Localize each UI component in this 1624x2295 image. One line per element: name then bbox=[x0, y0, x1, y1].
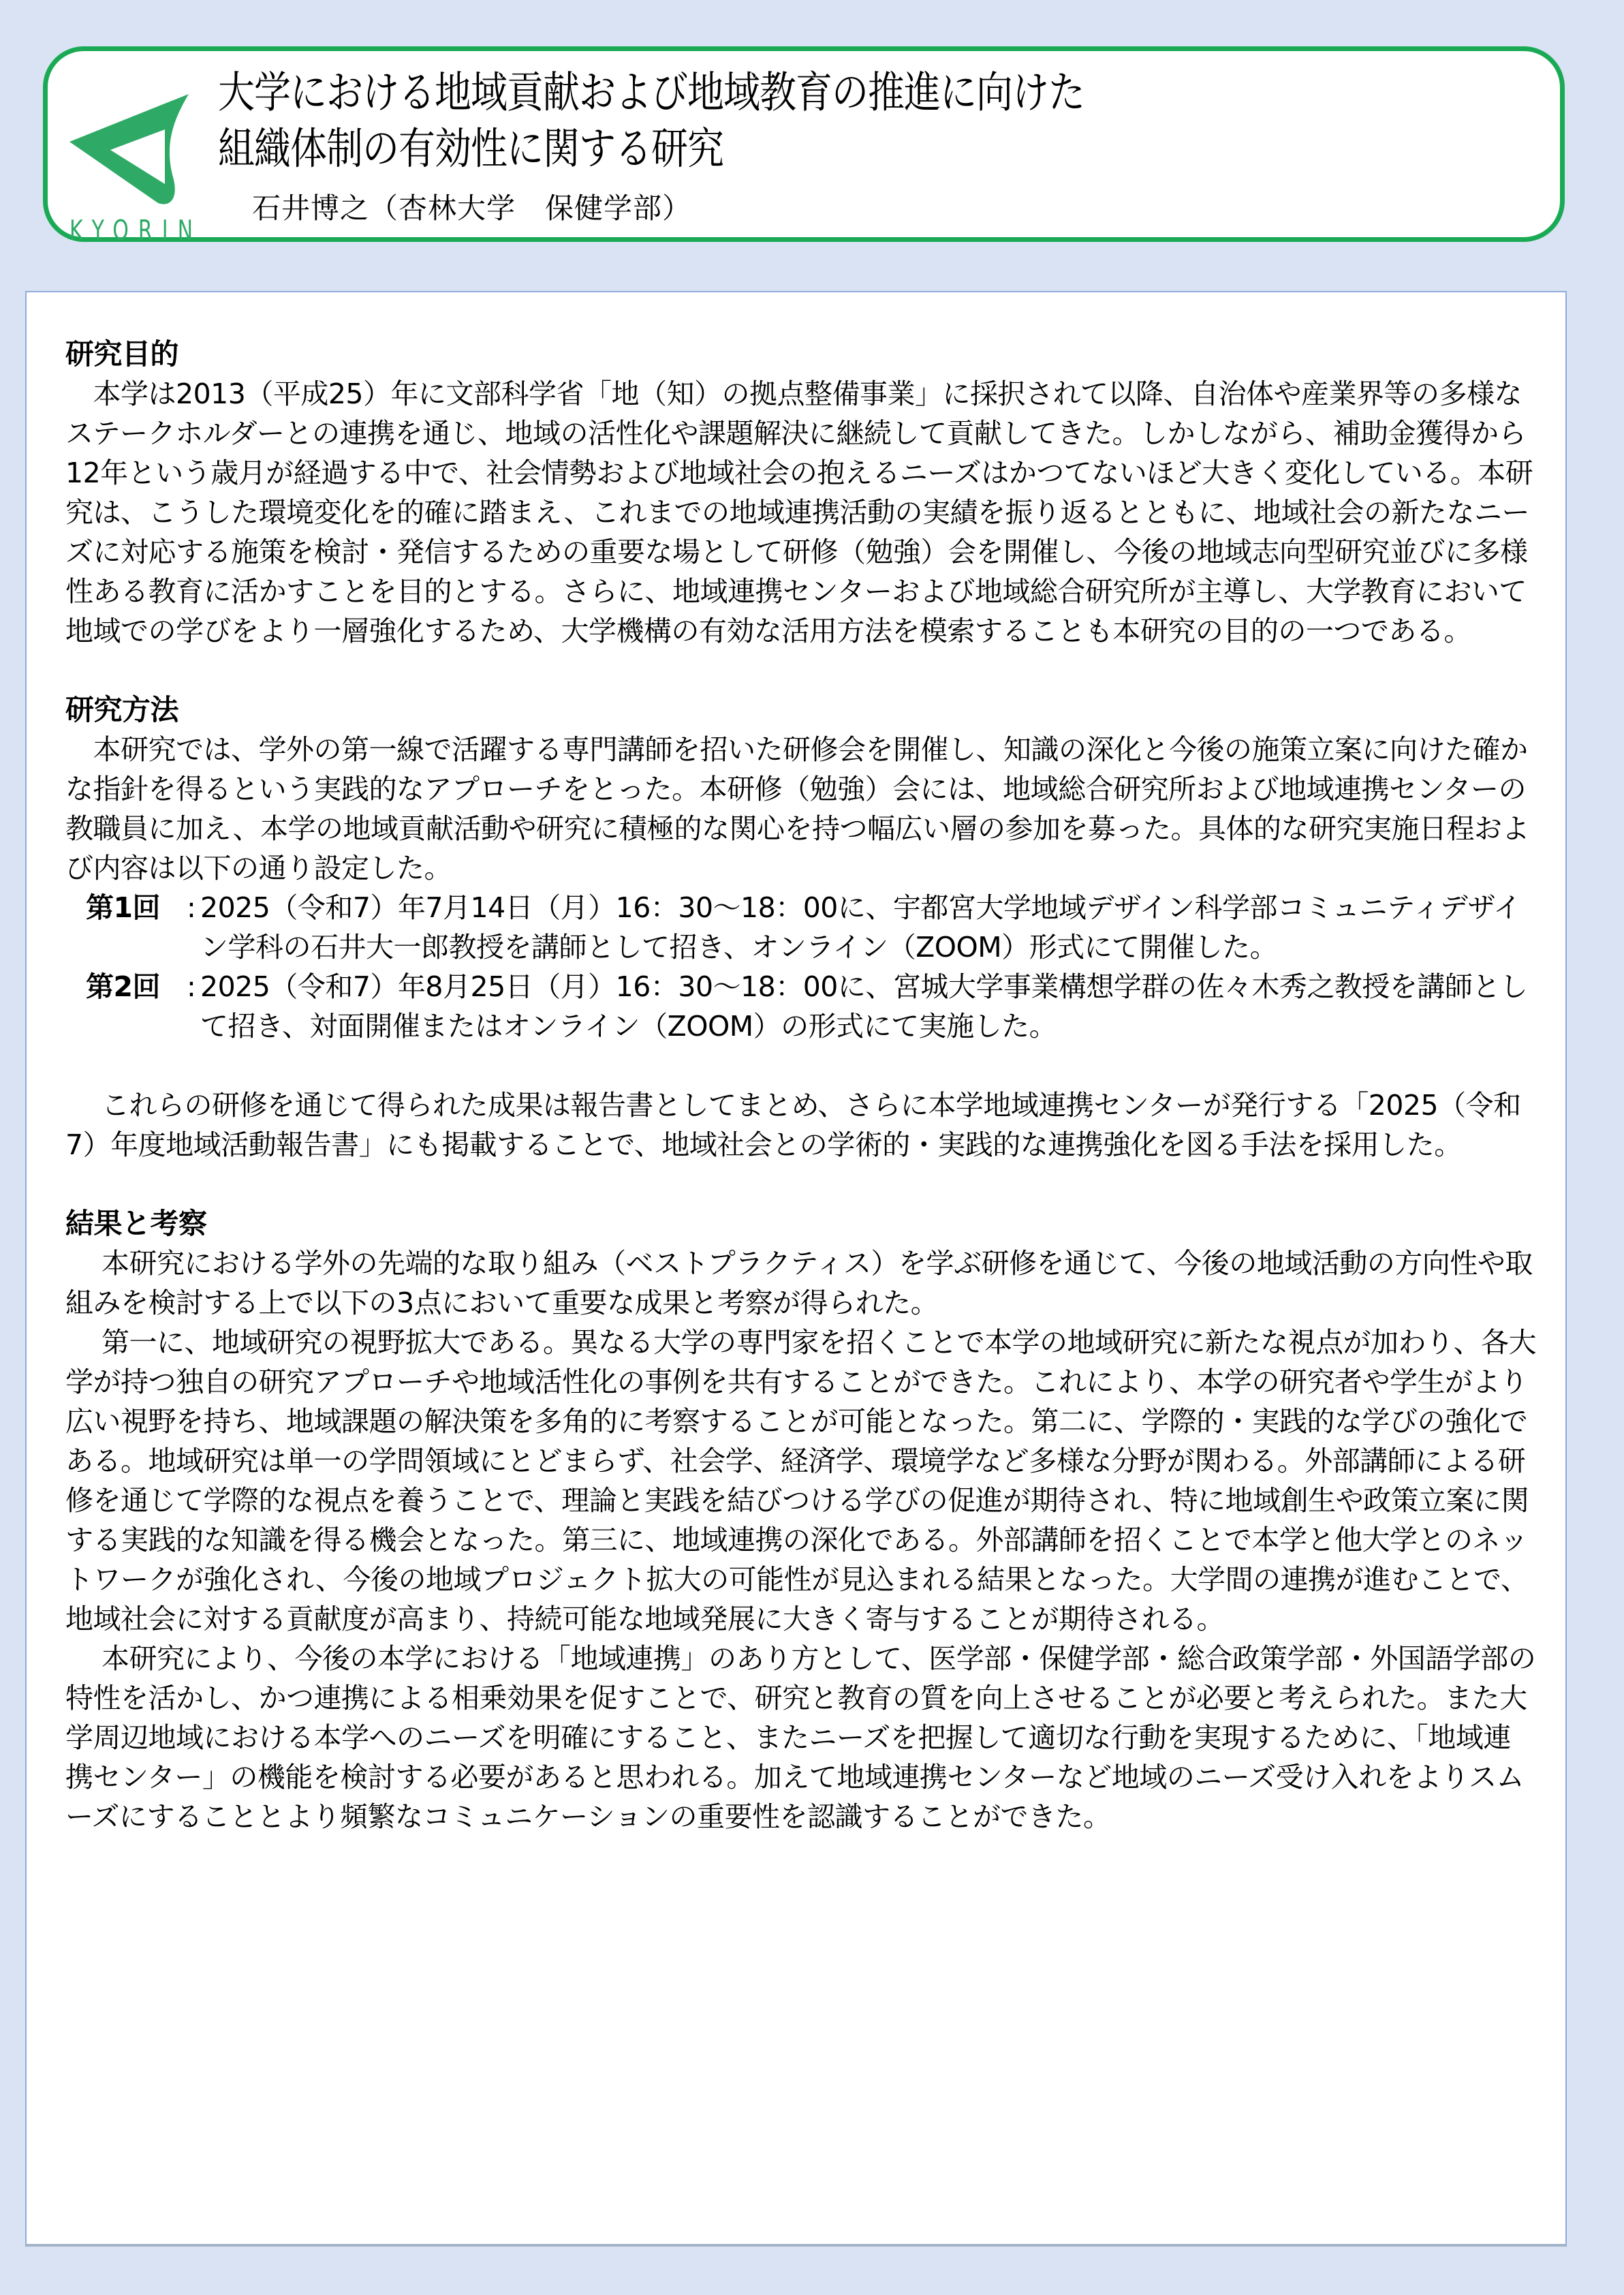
session-item-1: 第1回 : 2025（令和7）年7月14日（月）16：30～18：00に、宇都宮… bbox=[65, 888, 1537, 967]
results-paragraph-2: 第一に、地域研究の視野拡大である。異なる大学の専門家を招くことで本学の地域研究に… bbox=[65, 1323, 1537, 1639]
session-colon: : bbox=[187, 967, 200, 1046]
poster-content: 研究目的 本学は2013（平成25）年に文部科学省「地（知）の拠点整備事業」に採… bbox=[65, 335, 1537, 1836]
session-item-2: 第2回 : 2025（令和7）年8月25日（月）16：30～18：00に、宮城大… bbox=[65, 967, 1537, 1046]
session-text: 2025（令和7）年8月25日（月）16：30～18：00に、宮城大学事業構想学… bbox=[200, 967, 1537, 1046]
section-heading-results: 結果と考察 bbox=[65, 1204, 1537, 1244]
session-label: 第1回 bbox=[65, 888, 187, 967]
body-panel: 研究目的 本学は2013（平成25）年に文部科学省「地（知）の拠点整備事業」に採… bbox=[25, 291, 1567, 2247]
title-line-2: 組織体制の有効性に関する研究 bbox=[218, 121, 1084, 178]
header-panel: KYORIN 大学における地域貢献および地域教育の推進に向けた 組織体制の有効性… bbox=[43, 46, 1565, 242]
spacer bbox=[65, 1165, 1537, 1204]
logo-text: KYORIN bbox=[69, 215, 202, 247]
session-text: 2025（令和7）年7月14日（月）16：30～18：00に、宇都宮大学地域デザ… bbox=[200, 888, 1537, 967]
section-heading-method: 研究方法 bbox=[65, 690, 1537, 730]
spacer bbox=[65, 1046, 1537, 1085]
method-paragraph: 本研究では、学外の第一線で活躍する専門講師を招いた研修会を開催し、知識の深化と今… bbox=[65, 730, 1537, 888]
results-paragraph-3: 本研究により、今後の本学における「地域連携」のあり方として、医学部・保健学部・総… bbox=[65, 1639, 1537, 1836]
method-closing-paragraph: これらの研修を通じて得られた成果は報告書としてまとめ、さらに本学地域連携センター… bbox=[65, 1085, 1537, 1165]
kyorin-logo: KYORIN bbox=[63, 82, 199, 238]
spacer bbox=[65, 651, 1537, 690]
session-label: 第2回 bbox=[65, 967, 187, 1046]
kyorin-triangle-logo-icon bbox=[63, 82, 199, 211]
poster-title: 大学における地域貢献および地域教育の推進に向けた 組織体制の有効性に関する研究 bbox=[218, 65, 1084, 177]
results-paragraph-1: 本研究における学外の先端的な取り組み（ベストプラクティス）を学ぶ研修を通じて、今… bbox=[65, 1244, 1537, 1323]
title-line-1: 大学における地域貢献および地域教育の推進に向けた bbox=[218, 65, 1084, 121]
author-affiliation: 石井博之（杏林大学 保健学部） bbox=[252, 189, 691, 228]
section-heading-purpose: 研究目的 bbox=[65, 335, 1537, 374]
purpose-paragraph: 本学は2013（平成25）年に文部科学省「地（知）の拠点整備事業」に採択されて以… bbox=[65, 374, 1537, 651]
session-colon: : bbox=[187, 888, 200, 967]
